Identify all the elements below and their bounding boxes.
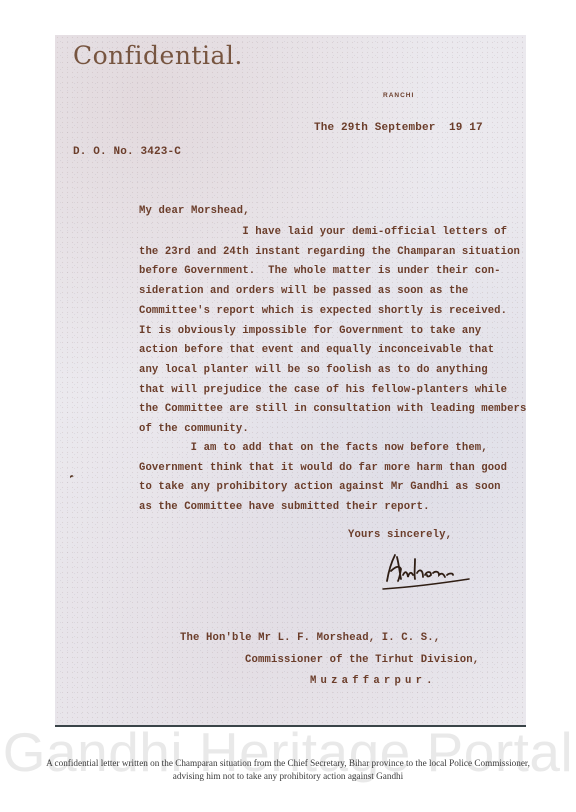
letter-date: The 29th September 19 17: [314, 121, 483, 137]
closing: Yours sincerely,: [348, 528, 452, 544]
caption: A confidential letter written on the Cha…: [0, 757, 576, 782]
paragraph-2: I am to add that on the facts now before…: [139, 439, 507, 518]
addressee-name: The Hon'ble Mr L. F. Morshead, I. C. S.,: [180, 631, 440, 647]
reference-number: D. O. No. 3423-C: [73, 145, 181, 161]
caption-line-2: advising him not to take any prohibitory…: [0, 770, 576, 783]
paragraph-1: I have laid your demi-official letters o…: [139, 223, 526, 440]
addressee-city: Muzaffarpur.: [310, 674, 437, 690]
confidential-stamp: Confidential.: [73, 41, 243, 70]
signature-icon: [373, 545, 473, 593]
addressee-title: Commissioner of the Tirhut Division,: [245, 653, 479, 669]
margin-mark: [69, 474, 75, 480]
letterhead-place: RANCHI: [383, 92, 414, 99]
caption-line-1: A confidential letter written on the Cha…: [0, 757, 576, 770]
salutation: My dear Morshead,: [139, 204, 250, 220]
letter-document: Confidential. RANCHI The 29th September …: [55, 35, 526, 725]
